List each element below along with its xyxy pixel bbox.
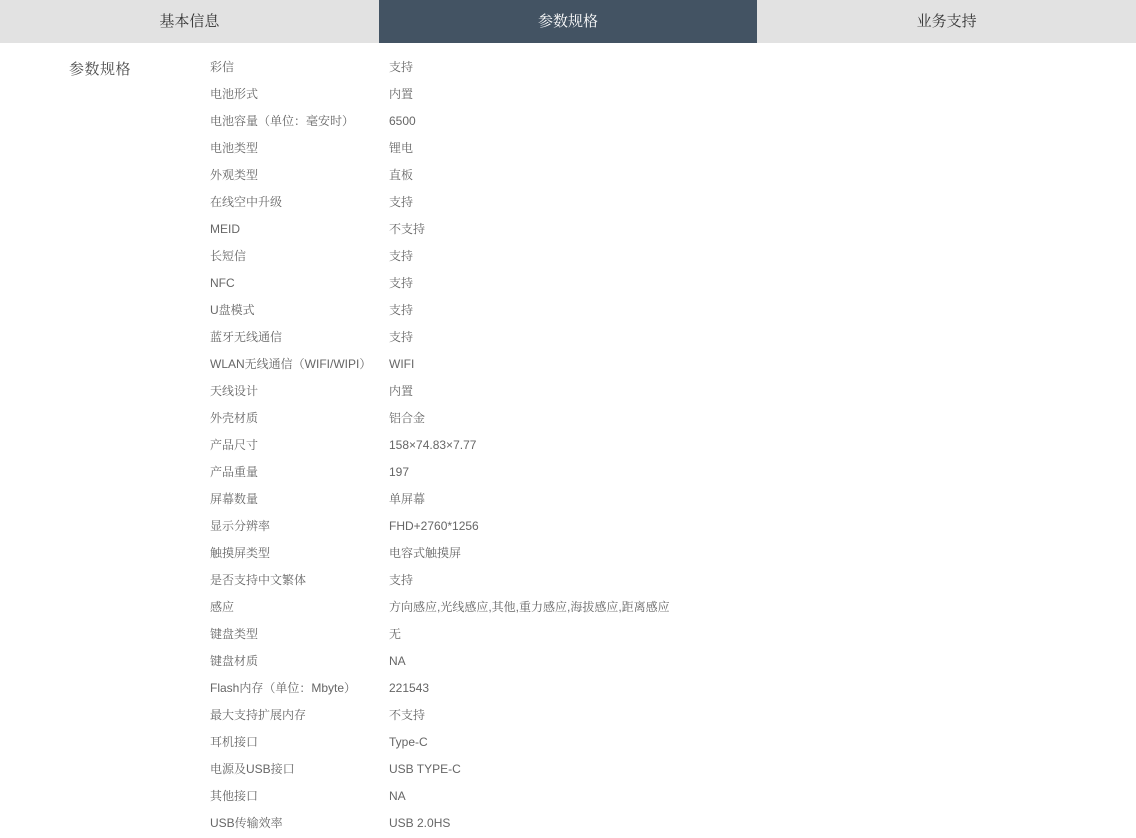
spec-row: NFC 支持 xyxy=(210,270,1136,297)
spec-row: 显示分辨率 FHD+2760*1256 xyxy=(210,513,1136,540)
spec-label: 键盘材质 xyxy=(210,648,389,675)
spec-value: 支持 xyxy=(389,54,413,81)
spec-value: USB 2.0HS xyxy=(389,810,450,837)
spec-row: 长短信 支持 xyxy=(210,243,1136,270)
spec-label: 是否支持中文繁体 xyxy=(210,567,389,594)
spec-label: 天线设计 xyxy=(210,378,389,405)
spec-row: 天线设计 内置 xyxy=(210,378,1136,405)
spec-label: 触摸屏类型 xyxy=(210,540,389,567)
spec-value: 单屏幕 xyxy=(389,486,425,513)
spec-row: 外观类型 直板 xyxy=(210,162,1136,189)
spec-row: 电源及USB接口 USB TYPE-C xyxy=(210,756,1136,783)
spec-value: 221543 xyxy=(389,675,429,702)
spec-label: 感应 xyxy=(210,594,389,621)
spec-row: 感应 方向感应,光线感应,其他,重力感应,海拔感应,距离感应 xyxy=(210,594,1136,621)
spec-value: 158×74.83×7.77 xyxy=(389,432,476,459)
spec-value: 6500 xyxy=(389,108,416,135)
spec-value: 支持 xyxy=(389,567,413,594)
spec-value: Type-C xyxy=(389,729,428,756)
spec-value: NA xyxy=(389,648,406,675)
spec-row: 其他接口 NA xyxy=(210,783,1136,810)
spec-value: WIFI xyxy=(389,351,414,378)
spec-value: USB TYPE-C xyxy=(389,756,461,783)
spec-value: 支持 xyxy=(389,243,413,270)
spec-row: 电池容量（单位：毫安时） 6500 xyxy=(210,108,1136,135)
spec-value: 197 xyxy=(389,459,409,486)
spec-label: 电池形式 xyxy=(210,81,389,108)
spec-value: 电容式触摸屏 xyxy=(389,540,461,567)
spec-row: WLAN无线通信（WIFI/WIPI） WIFI xyxy=(210,351,1136,378)
spec-label: 外观类型 xyxy=(210,162,389,189)
spec-label: 最大支持扩展内存 xyxy=(210,702,389,729)
spec-value: 铝合金 xyxy=(389,405,425,432)
spec-label: 键盘类型 xyxy=(210,621,389,648)
spec-row: 是否支持中文繁体 支持 xyxy=(210,567,1136,594)
spec-label: 在线空中升级 xyxy=(210,189,389,216)
section-title: 参数规格 xyxy=(69,58,131,79)
spec-label: 屏幕数量 xyxy=(210,486,389,513)
spec-label: 电池容量（单位：毫安时） xyxy=(210,108,389,135)
spec-label: 产品尺寸 xyxy=(210,432,389,459)
spec-label: 显示分辨率 xyxy=(210,513,389,540)
spec-label: 彩信 xyxy=(210,54,389,81)
spec-row: 电池类型 锂电 xyxy=(210,135,1136,162)
spec-label: MEID xyxy=(210,216,389,243)
spec-value: 内置 xyxy=(389,81,413,108)
spec-value: 不支持 xyxy=(389,216,425,243)
spec-label: Flash内存（单位：Mbyte） xyxy=(210,675,389,702)
spec-row: 屏幕数量 单屏幕 xyxy=(210,486,1136,513)
spec-row: 蓝牙无线通信 支持 xyxy=(210,324,1136,351)
spec-label: 电池类型 xyxy=(210,135,389,162)
spec-label: 其他接口 xyxy=(210,783,389,810)
tab-bar: 基本信息 参数规格 业务支持 xyxy=(0,0,1136,43)
spec-row: Flash内存（单位：Mbyte） 221543 xyxy=(210,675,1136,702)
spec-value: 支持 xyxy=(389,297,413,324)
spec-row: 最大支持扩展内存 不支持 xyxy=(210,702,1136,729)
spec-row: MEID 不支持 xyxy=(210,216,1136,243)
spec-row: 耳机接口 Type-C xyxy=(210,729,1136,756)
spec-label: USB传输效率 xyxy=(210,810,389,837)
spec-value: 无 xyxy=(389,621,401,648)
spec-row: 外壳材质 铝合金 xyxy=(210,405,1136,432)
spec-value: 锂电 xyxy=(389,135,413,162)
spec-value: 直板 xyxy=(389,162,413,189)
spec-row: USB传输效率 USB 2.0HS xyxy=(210,810,1136,837)
spec-label: 外壳材质 xyxy=(210,405,389,432)
spec-label: NFC xyxy=(210,270,389,297)
spec-value: 内置 xyxy=(389,378,413,405)
spec-content: 参数规格 彩信 支持 电池形式 内置 电池容量（单位：毫安时） 6500 电池类… xyxy=(0,43,1136,838)
spec-row: 电池形式 内置 xyxy=(210,81,1136,108)
spec-row: 产品重量 197 xyxy=(210,459,1136,486)
spec-value: 支持 xyxy=(389,270,413,297)
spec-list: 彩信 支持 电池形式 内置 电池容量（单位：毫安时） 6500 电池类型 锂电 … xyxy=(210,43,1136,837)
spec-row: 触摸屏类型 电容式触摸屏 xyxy=(210,540,1136,567)
spec-row: 在线空中升级 支持 xyxy=(210,189,1136,216)
spec-row: 产品尺寸 158×74.83×7.77 xyxy=(210,432,1136,459)
spec-label: 蓝牙无线通信 xyxy=(210,324,389,351)
spec-label: 长短信 xyxy=(210,243,389,270)
spec-value: 支持 xyxy=(389,324,413,351)
spec-label: 耳机接口 xyxy=(210,729,389,756)
spec-row: 键盘类型 无 xyxy=(210,621,1136,648)
spec-value: 支持 xyxy=(389,189,413,216)
tab-business-support[interactable]: 业务支持 xyxy=(757,0,1136,43)
spec-value: FHD+2760*1256 xyxy=(389,513,479,540)
spec-value: 不支持 xyxy=(389,702,425,729)
spec-label: U盘模式 xyxy=(210,297,389,324)
spec-row: U盘模式 支持 xyxy=(210,297,1136,324)
tab-parameter-specs[interactable]: 参数规格 xyxy=(379,0,758,43)
spec-label: 电源及USB接口 xyxy=(210,756,389,783)
spec-row: 键盘材质 NA xyxy=(210,648,1136,675)
spec-value: 方向感应,光线感应,其他,重力感应,海拔感应,距离感应 xyxy=(389,594,670,621)
spec-row: 彩信 支持 xyxy=(210,54,1136,81)
spec-value: NA xyxy=(389,783,406,810)
spec-label: 产品重量 xyxy=(210,459,389,486)
spec-label: WLAN无线通信（WIFI/WIPI） xyxy=(210,351,389,378)
tab-basic-info[interactable]: 基本信息 xyxy=(0,0,379,43)
